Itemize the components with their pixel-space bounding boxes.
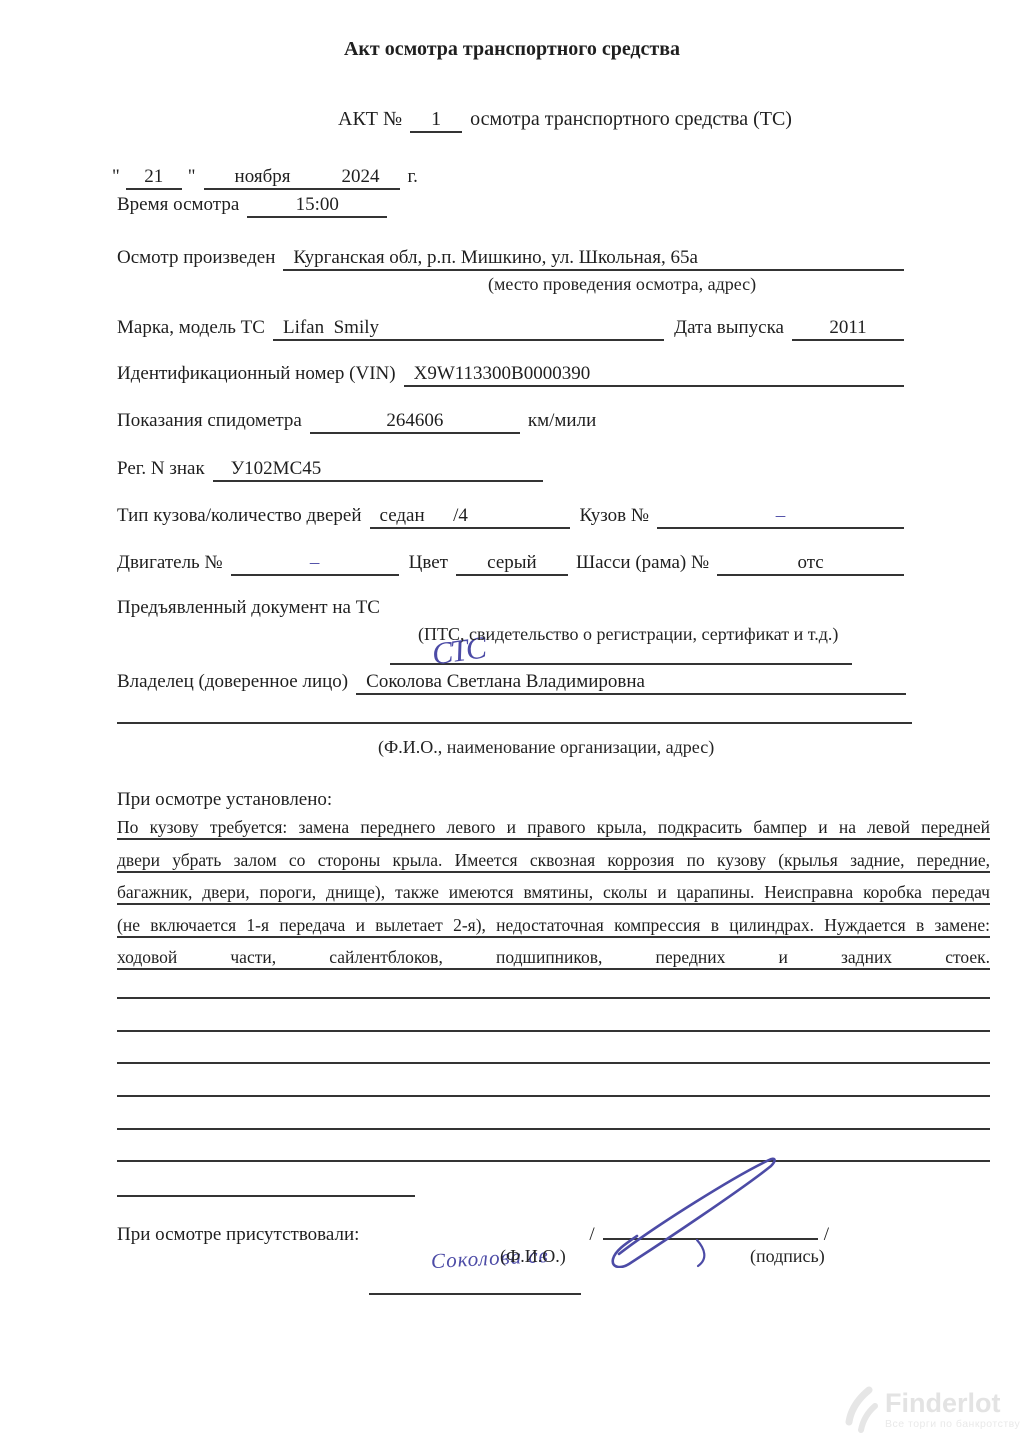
watermark-tagline: Все торги по банкротству bbox=[885, 1419, 1020, 1430]
odometer-value: 264606 bbox=[310, 410, 520, 434]
attendees-label: При осмотре присутствовали: bbox=[117, 1224, 359, 1246]
act-number-value: 1 bbox=[410, 108, 462, 133]
empty-rule-line bbox=[117, 1030, 990, 1032]
odometer-row: Показания спидометра 264606 км/мили bbox=[117, 410, 596, 434]
owner-row: Владелец (доверенное лицо) Соколова Свет… bbox=[117, 671, 906, 695]
findings-text-5: ходовой части, сайлентблоков, подшипнико… bbox=[117, 947, 990, 968]
findings-line-1: По кузову требуется: замена переднего ле… bbox=[117, 806, 990, 840]
time-label: Время осмотра bbox=[117, 194, 239, 216]
date-day: 21 bbox=[126, 166, 182, 190]
date-year: 2024 bbox=[322, 166, 400, 190]
owner-label: Владелец (доверенное лицо) bbox=[117, 671, 348, 693]
empty-rule-line bbox=[117, 1160, 990, 1162]
color-value: серый bbox=[456, 552, 568, 576]
inspection-place-row: Осмотр произведен Курганская обл, р.п. М… bbox=[117, 247, 904, 271]
slash-separator-2: / bbox=[824, 1224, 829, 1246]
make-model-value: Lifan Smily bbox=[273, 317, 664, 341]
vin-label: Идентификационный номер (VIN) bbox=[117, 363, 396, 385]
document-hint: (ПТС, свидетельство о регистрации, серти… bbox=[418, 624, 838, 645]
place-label: Осмотр произведен bbox=[117, 247, 275, 269]
findings-text-1: По кузову требуется: замена переднего ле… bbox=[117, 817, 990, 838]
date-month: ноября bbox=[204, 166, 322, 190]
engine-number-value: – bbox=[231, 552, 399, 576]
act-number-line: АКТ № 1 осмотра транспортного средства (… bbox=[338, 108, 792, 133]
body-type-value: седан /4 bbox=[370, 505, 570, 529]
body-number-label: Кузов № bbox=[580, 505, 650, 527]
act-number-label: АКТ № bbox=[338, 108, 402, 131]
body-type-label: Тип кузова/количество дверей bbox=[117, 505, 362, 527]
findings-line-2: двери убрать залом со стороны крыла. Име… bbox=[117, 839, 990, 873]
date-line: " 21 " ноября 2024 г. bbox=[112, 166, 418, 190]
reg-plate-value: У102МС45 bbox=[213, 458, 543, 482]
owner-extra-blank-line bbox=[117, 708, 912, 724]
odometer-label: Показания спидометра bbox=[117, 410, 302, 432]
time-value: 15:00 bbox=[247, 194, 387, 218]
empty-rule-line bbox=[117, 1095, 990, 1097]
odometer-unit: км/мили bbox=[528, 410, 596, 432]
engine-number-label: Двигатель № bbox=[117, 552, 223, 574]
watermark-text: Finderlot Все торги по банкротству bbox=[885, 1390, 1020, 1430]
place-hint: (место проведения осмотра, адрес) bbox=[488, 274, 756, 295]
owner-hint: (Ф.И.О., наименование организации, адрес… bbox=[378, 737, 714, 758]
quote-close: " bbox=[188, 166, 196, 188]
place-value: Курганская обл, р.п. Мишкино, ул. Школьн… bbox=[283, 247, 904, 271]
chassis-value: отс bbox=[717, 552, 904, 576]
date-suffix: г. bbox=[408, 166, 418, 188]
chassis-label: Шасси (рама) № bbox=[576, 552, 709, 574]
scanned-inspection-act-page: Акт осмотра транспортного средства АКТ №… bbox=[0, 0, 1024, 1448]
finderlot-watermark: Finderlot Все торги по банкротству bbox=[843, 1386, 1020, 1434]
reg-plate-label: Рег. N знак bbox=[117, 458, 205, 480]
document-title: Акт осмотра транспортного средства bbox=[0, 38, 1024, 61]
reg-plate-row: Рег. N знак У102МС45 bbox=[117, 458, 543, 482]
make-model-row: Марка, модель ТС Lifan Smily Дата выпуск… bbox=[117, 317, 904, 341]
findings-text-3: багажник, двери, пороги, днище), также и… bbox=[117, 882, 990, 903]
empty-rule-line bbox=[117, 997, 990, 999]
body-type-row: Тип кузова/количество дверей седан /4 Ку… bbox=[117, 505, 904, 529]
issue-date-label: Дата выпуска bbox=[674, 317, 784, 339]
inspection-time-row: Время осмотра 15:00 bbox=[117, 194, 387, 218]
act-number-suffix: осмотра транспортного средства (ТС) bbox=[470, 108, 792, 131]
empty-rule-line bbox=[117, 1128, 990, 1130]
owner-value: Соколова Светлана Владимировна bbox=[356, 671, 906, 695]
make-model-label: Марка, модель ТС bbox=[117, 317, 265, 339]
signature-flourish-icon bbox=[585, 1148, 795, 1268]
engine-row: Двигатель № – Цвет серый Шасси (рама) № … bbox=[117, 552, 904, 576]
issue-date-value: 2011 bbox=[792, 317, 904, 341]
findings-text-4: (не включается 1-я передача и вылетает 2… bbox=[117, 915, 990, 936]
watermark-brand: Finderlot bbox=[885, 1390, 1020, 1417]
quote-open: " bbox=[112, 166, 120, 188]
findings-line-3: багажник, двери, пороги, днище), также и… bbox=[117, 871, 990, 905]
empty-rule-line bbox=[117, 1062, 990, 1064]
finderlot-logo-icon bbox=[843, 1386, 879, 1434]
color-label: Цвет bbox=[409, 552, 448, 574]
findings-text-2: двери убрать залом со стороны крыла. Име… bbox=[117, 850, 990, 871]
findings-line-4: (не включается 1-я передача и вылетает 2… bbox=[117, 904, 990, 938]
short-rule-line bbox=[117, 1195, 415, 1197]
document-label: Предъявленный документ на ТС bbox=[117, 597, 380, 619]
body-number-value: – bbox=[657, 505, 904, 529]
findings-line-5: ходовой части, сайлентблоков, подшипнико… bbox=[117, 936, 990, 970]
fio-hint: (Ф.И.О.) bbox=[500, 1246, 566, 1267]
vin-row: Идентификационный номер (VIN) X9W113300B… bbox=[117, 363, 904, 387]
vin-value: X9W113300B0000390 bbox=[404, 363, 904, 387]
